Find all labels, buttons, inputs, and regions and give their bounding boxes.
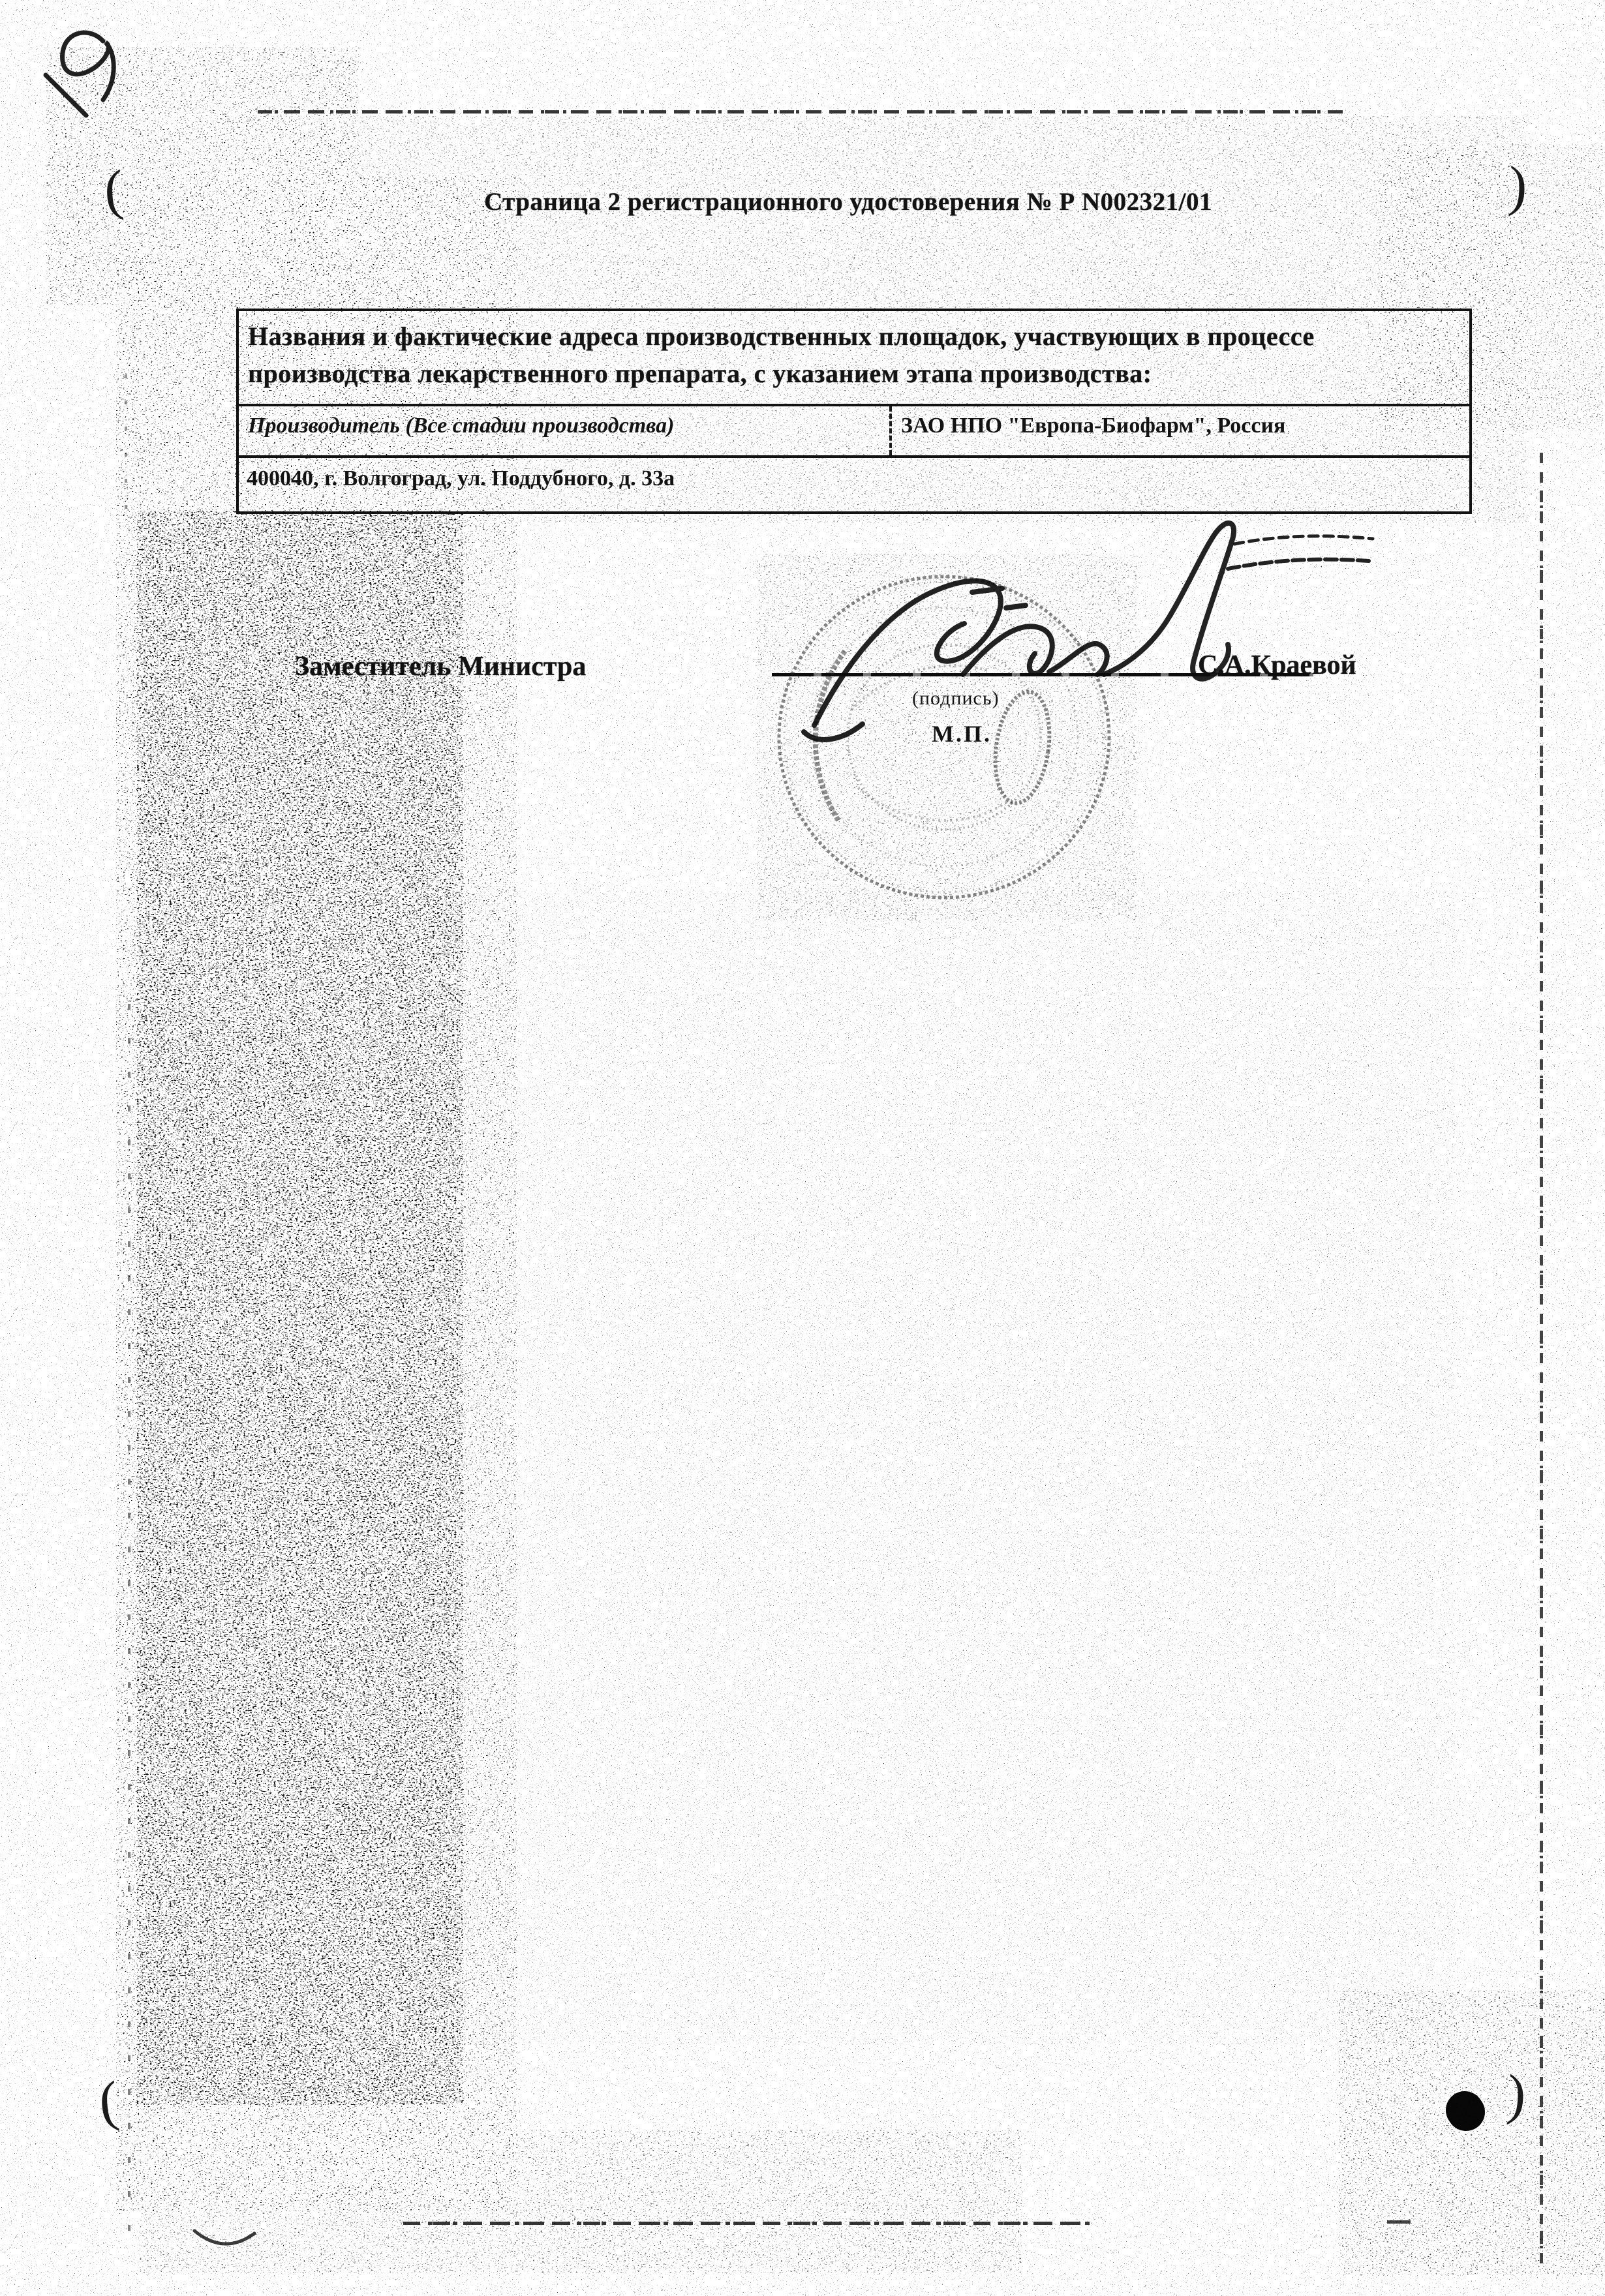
signatory-title: Заместитель Министра — [295, 651, 586, 682]
handwritten-page-number — [26, 16, 157, 127]
table-header-line1: Названия и фактические адреса производст… — [248, 322, 1315, 351]
table-header-line2: производства лекарственного препарата, с… — [248, 359, 1152, 388]
scan-border-right — [1540, 450, 1543, 2263]
scan-artifact-paren-top-left: ( — [102, 161, 125, 219]
producer-row: Производитель (Все стадии производства) … — [239, 406, 1469, 458]
scan-dot-artifact — [1446, 2091, 1484, 2129]
scan-border-bottom-dash — [1387, 2220, 1411, 2224]
producer-value-cell: ЗАО НПО "Европа-Биофарм", Россия — [889, 406, 1469, 455]
handwritten-signature — [776, 502, 1396, 783]
scan-border-top — [258, 110, 1349, 113]
table-header-cell: Названия и фактические адреса производст… — [239, 311, 1469, 406]
scanned-registration-certificate-page: ( ) ( ) Страница 2 регистрационного удос… — [0, 0, 1605, 2296]
scan-artifact-paren-top-right: ) — [1507, 157, 1529, 214]
scan-artifact-paren-bottom-left: ( — [97, 2072, 121, 2130]
page-header: Страница 2 регистрационного удостоверени… — [418, 187, 1279, 217]
scan-artifact-paren-bottom-right: ) — [1505, 2066, 1528, 2123]
scan-border-left-upper — [125, 352, 127, 509]
scan-arc-artifact — [191, 2226, 258, 2257]
scan-border-left — [128, 978, 130, 2231]
producer-label-cell: Производитель (Все стадии производства) — [239, 406, 889, 455]
scan-border-bottom — [403, 2222, 1091, 2225]
production-sites-table: Названия и фактические адреса производст… — [236, 309, 1472, 514]
